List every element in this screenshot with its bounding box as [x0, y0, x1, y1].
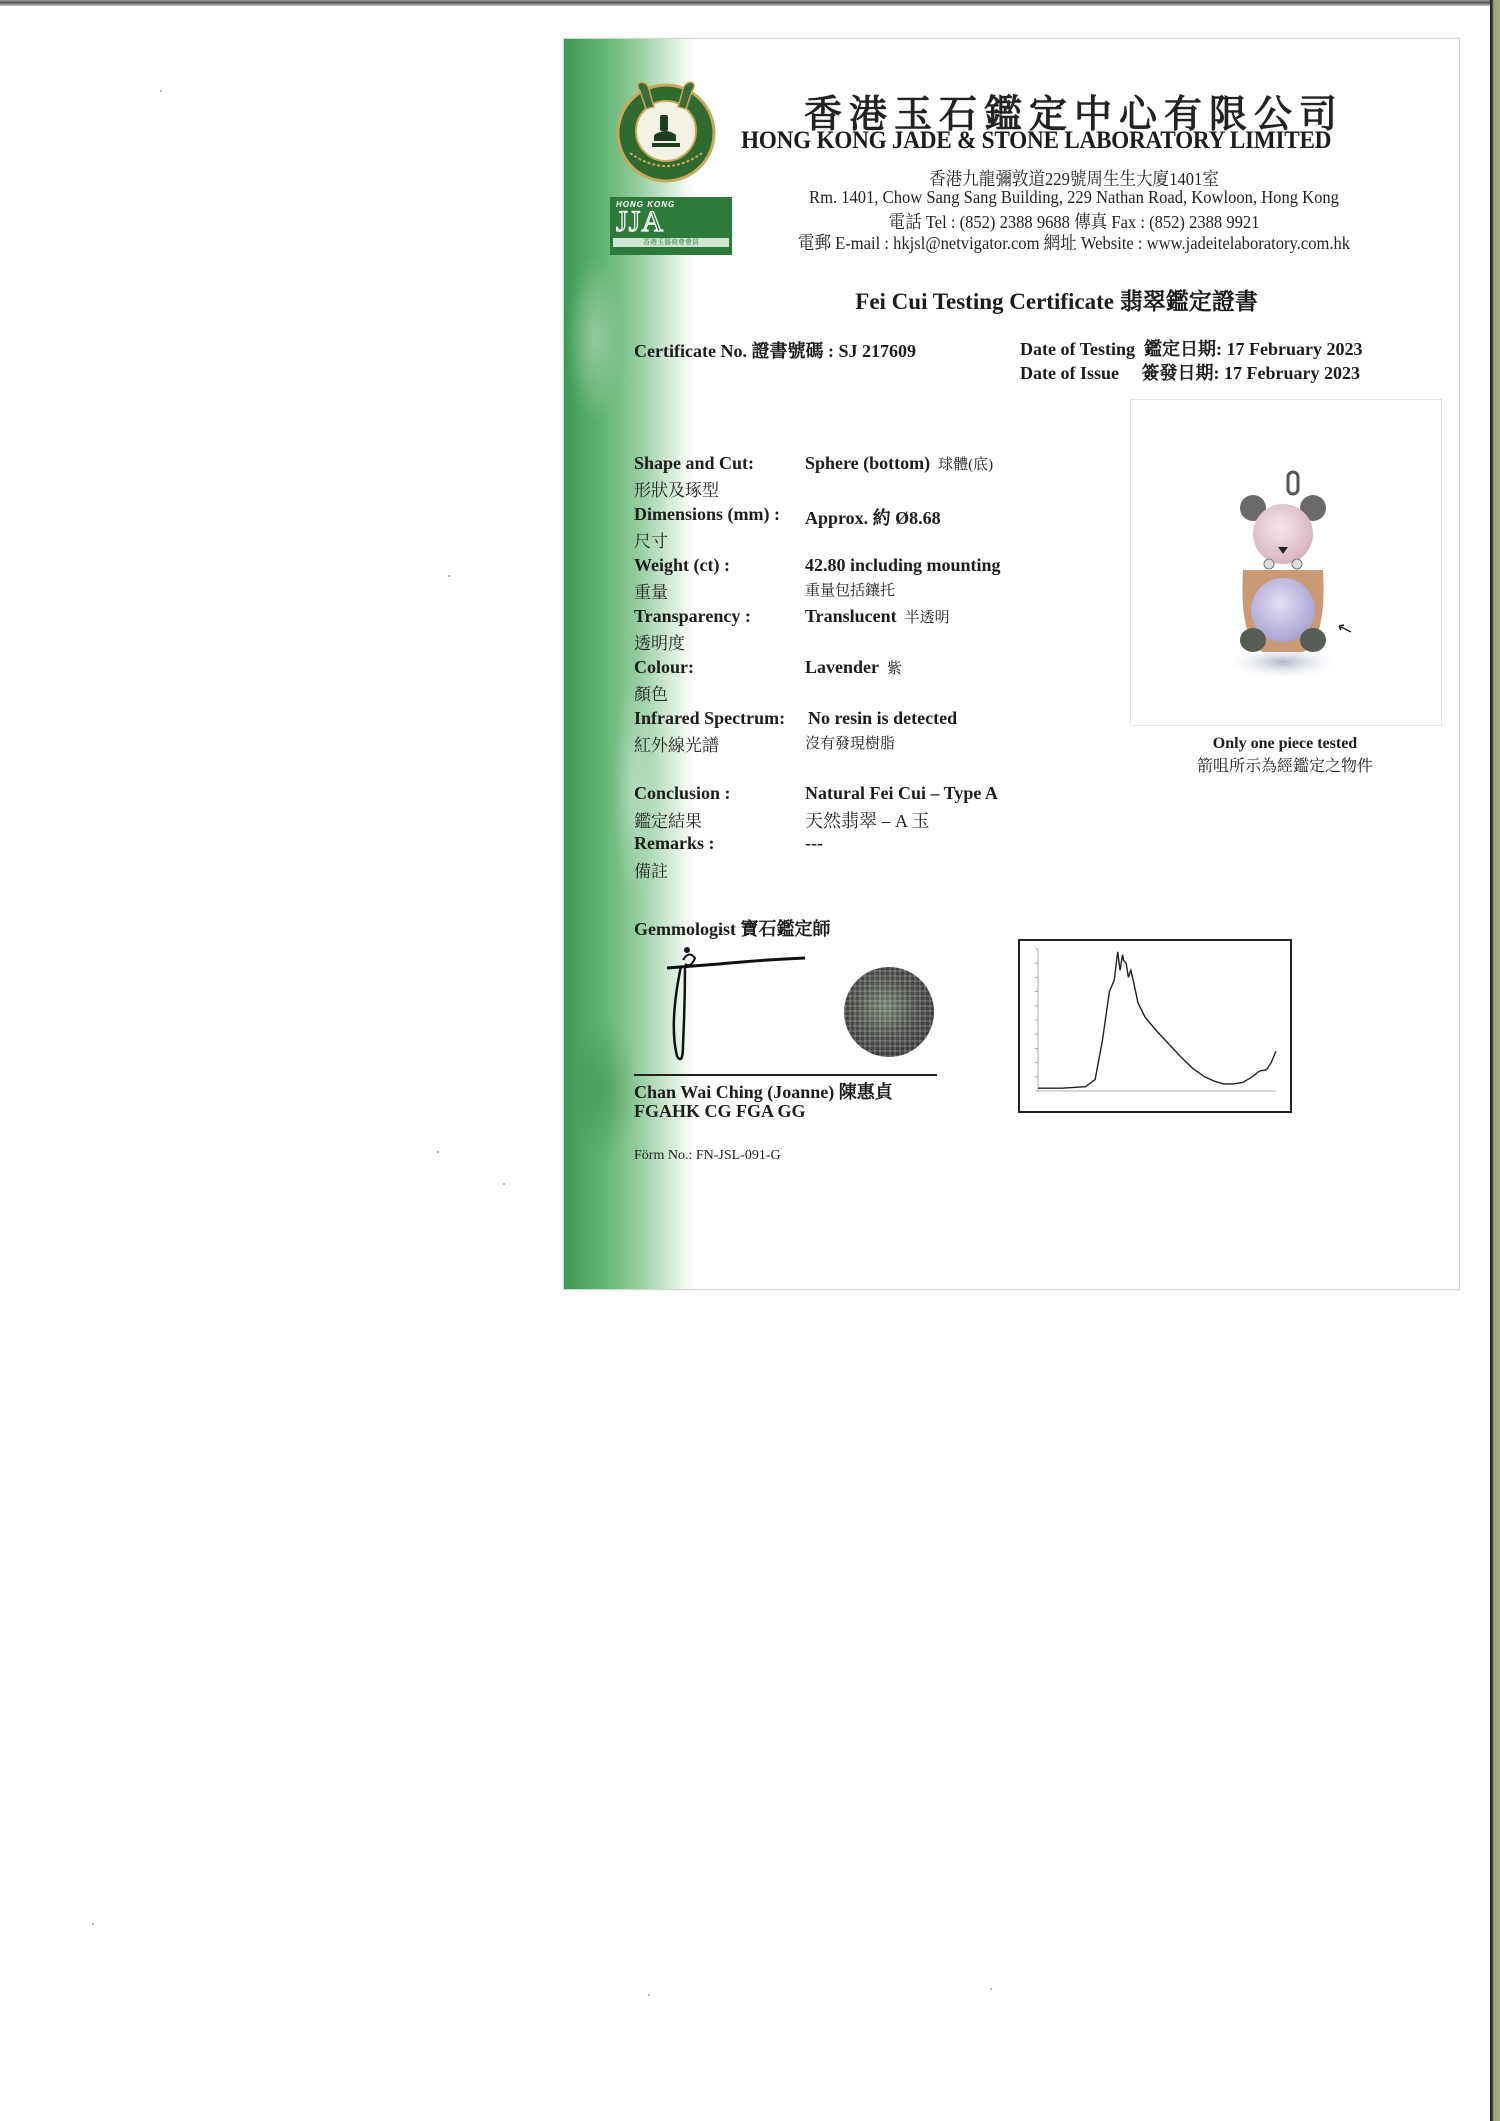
field-value: 42.80 including mounting [805, 555, 1001, 576]
field-label: Shape and Cut: [634, 453, 754, 474]
spectrum-plot [1020, 941, 1290, 1111]
scan-top-edge [0, 0, 1495, 6]
scan-speck [990, 1988, 992, 1990]
field-label-cn: 紅外線光譜 [634, 731, 719, 756]
certificate-title: Fei Cui Testing Certificate 翡翠鑑定證書 [564, 283, 1459, 316]
field-value-cn-inline: 球體(底) [938, 457, 993, 473]
conclusion-label-cn: 鑑定結果 [634, 807, 702, 832]
address-en: Rm. 1401, Chow Sang Sang Building, 229 N… [752, 187, 1396, 208]
field-value: Sphere (bottom)球體(底) [805, 453, 993, 474]
scan-speck [448, 575, 450, 577]
scan-speck [92, 1923, 94, 1925]
gemmologist-credentials: FGAHK CG FGA GG [634, 1101, 806, 1122]
scan-speck [503, 1183, 505, 1185]
field-label-cn: 重量 [634, 578, 668, 603]
certificate-card: HONG KONG JJA 香港玉器商會會員 香港玉石鑑定中心有限公司 HONG… [563, 38, 1460, 1290]
bear-pendant-photo-icon [1131, 400, 1441, 725]
field-label-cn: 透明度 [634, 629, 685, 654]
date-of-issue-value: 17 February 2023 [1224, 363, 1360, 383]
photo-caption-cn: 箭咀所示為經鑑定之物件 [1130, 753, 1440, 776]
certificate-number-row: Certificate No. 證書號碼 : SJ 217609 [634, 337, 916, 363]
conclusion-value-cn: 天然翡翠 – A 玉 [805, 807, 930, 833]
email-website-line: 電郵 E-mail : hkjsl@netvigator.com 網址 Webs… [752, 229, 1396, 255]
form-number: Förm No.: FN-JSL-091-G [634, 1148, 781, 1164]
field-value-en: Sphere (bottom) [805, 453, 930, 473]
field-value: Translucent半透明 [805, 606, 950, 627]
date-of-testing-value: 17 February 2023 [1227, 339, 1363, 359]
field-label: Dimensions (mm) : [634, 504, 780, 525]
jja-member-badge: HONG KONG JJA 香港玉器商會會員 [610, 197, 732, 255]
remarks-value: --- [805, 833, 823, 854]
date-of-issue-row: Date of Issue 簽發日期: 17 February 2023 [1020, 359, 1360, 385]
field-label: Infrared Spectrum: [634, 708, 785, 729]
certificate-number-value: SJ 217609 [838, 341, 916, 361]
gemmologist-label: Gemmologist 寶石鑑定師 [634, 915, 830, 941]
scan-speck [648, 1994, 650, 1996]
field-value-en: Translucent [805, 606, 897, 626]
date-of-testing-row: Date of Testing 鑑定日期: 17 February 2023 [1020, 335, 1362, 361]
field-value-cn: 沒有發現樹脂 [805, 732, 895, 753]
remarks-label: Remarks : [634, 833, 714, 854]
remarks-label-cn: 備註 [634, 857, 668, 882]
field-label-cn: 顏色 [634, 680, 668, 705]
date-of-testing-label: Date of Testing 鑑定日期: [1020, 339, 1222, 359]
field-value: Lavender紫 [805, 657, 902, 678]
field-value-en: No resin is detected [808, 708, 957, 728]
scan-speck [437, 1151, 439, 1153]
field-value: Approx. 約 Ø8.68 [805, 504, 941, 530]
field-value-en: Approx. 約 Ø8.68 [805, 508, 941, 528]
field-value-en: Lavender [805, 657, 879, 677]
signature-icon [659, 944, 829, 1069]
field-label-cn: 尺寸 [634, 527, 668, 552]
field-label: Transparency : [634, 606, 751, 627]
photo-caption: Only one piece tested 箭咀所示為經鑑定之物件 [1130, 735, 1440, 776]
specimen-photo-frame [1130, 399, 1442, 726]
hologram-seal [844, 967, 934, 1057]
scan-right-edge [1490, 0, 1500, 2121]
field-label-cn: 形狀及琢型 [634, 476, 719, 501]
badge-subtitle: 香港玉器商會會員 [613, 238, 729, 247]
conclusion-label: Conclusion : [634, 783, 731, 804]
field-label: Colour: [634, 657, 694, 678]
field-value-cn-inline: 半透明 [905, 610, 950, 626]
field-value-en: 42.80 including mounting [805, 555, 1001, 575]
signature-line [634, 1074, 937, 1076]
company-name-en: HONG KONG JADE & STONE LABORATORY LIMITE… [741, 127, 1331, 155]
photo-caption-en: Only one piece tested [1130, 735, 1440, 753]
field-label: Weight (ct) : [634, 555, 730, 576]
field-value-cn: 重量包括鑲托 [805, 579, 895, 600]
scan-speck [160, 90, 162, 92]
field-value: No resin is detected [808, 708, 957, 729]
certificate-number-label: Certificate No. 證書號碼 : [634, 341, 834, 361]
field-value-cn-inline: 紫 [887, 661, 902, 677]
badge-mark: JJA [616, 205, 664, 239]
date-of-issue-label: Date of Issue 簽發日期: [1020, 363, 1220, 383]
infrared-spectrum-chart [1018, 939, 1292, 1113]
conclusion-value: Natural Fei Cui – Type A [805, 783, 998, 804]
lab-seal-logo-icon [610, 73, 722, 185]
